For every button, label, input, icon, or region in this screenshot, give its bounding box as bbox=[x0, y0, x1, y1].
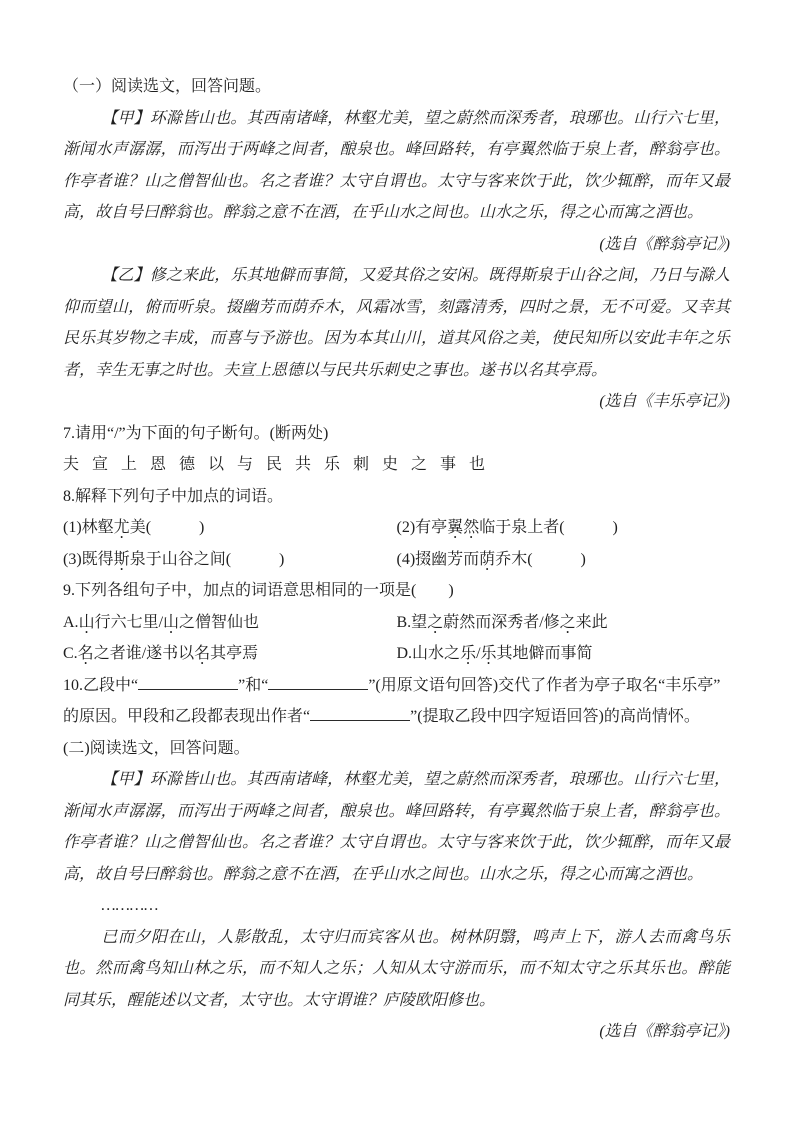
answer-blank bbox=[268, 675, 368, 690]
question-7-sentence: 夫 宣 上 恩 德 以 与 民 共 乐 刺 史 之 事 也 bbox=[63, 449, 730, 481]
exam-page: （一）阅读选文，回答问题。 【甲】环滁皆山也。其西南诸峰，林壑尤美，望之蔚然而深… bbox=[0, 0, 793, 1048]
passage-jia-2-continuation: 已而夕阳在山，人影散乱，太守归而宾客从也。树林阴翳，鸣声上下，游人去而禽鸟乐也。… bbox=[63, 922, 730, 1017]
passage-jia-1-source: (选自《醉翁亭记》) bbox=[63, 229, 730, 261]
q8-item-2: (2)有亭翼然临于泉上者( ) bbox=[397, 512, 731, 544]
answer-blank bbox=[138, 675, 238, 690]
question-9-options: A.山行六七里/山之僧智仙也 B.望之蔚然而深秀者/修之来此 C.名之者谁/遂书… bbox=[63, 607, 730, 670]
q9-option-a: A.山行六七里/山之僧智仙也 bbox=[63, 607, 397, 639]
passage-yi: 【乙】修之来此，乐其地僻而事简，又爱其俗之安闲。既得斯泉于山谷之间，乃日与滁人仰… bbox=[63, 260, 730, 386]
question-9-stem: 9.下列各组句子中，加点的词语意思相同的一项是( ) bbox=[63, 575, 730, 607]
q9-option-c: C.名之者谁/遂书以名其亭焉 bbox=[63, 638, 397, 670]
q8-item-4: (4)掇幽芳而荫乔木( ) bbox=[397, 544, 731, 576]
question-10-line-1: 10.乙段中“”和“”(用原文语句回答)交代了作者为亭子取名“丰乐亭” bbox=[63, 670, 730, 702]
q9-option-d: D.山水之乐/乐其地僻而事简 bbox=[397, 638, 731, 670]
question-8-stem: 8.解释下列句子中加点的词语。 bbox=[63, 481, 730, 513]
section-2-heading: (二)阅读选文，回答问题。 bbox=[63, 733, 730, 765]
passage-jia-2: 【甲】环滁皆山也。其西南诸峰，林壑尤美，望之蔚然而深秀者，琅琊也。山行六七里，渐… bbox=[63, 764, 730, 890]
passage-jia-1: 【甲】环滁皆山也。其西南诸峰，林壑尤美，望之蔚然而深秀者，琅琊也。山行六七里，渐… bbox=[63, 103, 730, 229]
ellipsis-line: ………… bbox=[63, 890, 730, 922]
answer-blank bbox=[310, 706, 410, 721]
q9-option-b: B.望之蔚然而深秀者/修之来此 bbox=[397, 607, 731, 639]
question-8-items: (1)林壑尤美( ) (2)有亭翼然临于泉上者( ) (3)既得斯泉于山谷之间(… bbox=[63, 512, 730, 575]
question-10-line-2: 的原因。甲段和乙段都表现出作者“”(提取乙段中四字短语回答)的高尚情怀。 bbox=[63, 701, 730, 733]
q8-item-3: (3)既得斯泉于山谷之间( ) bbox=[63, 544, 397, 576]
passage-jia-2-source: (选自《醉翁亭记》) bbox=[63, 1016, 730, 1048]
section-1-heading: （一）阅读选文，回答问题。 bbox=[63, 71, 730, 103]
question-7-stem: 7.请用“/”为下面的句子断句。(断两处) bbox=[63, 418, 730, 450]
q8-item-1: (1)林壑尤美( ) bbox=[63, 512, 397, 544]
passage-yi-source: (选自《丰乐亭记》) bbox=[63, 386, 730, 418]
